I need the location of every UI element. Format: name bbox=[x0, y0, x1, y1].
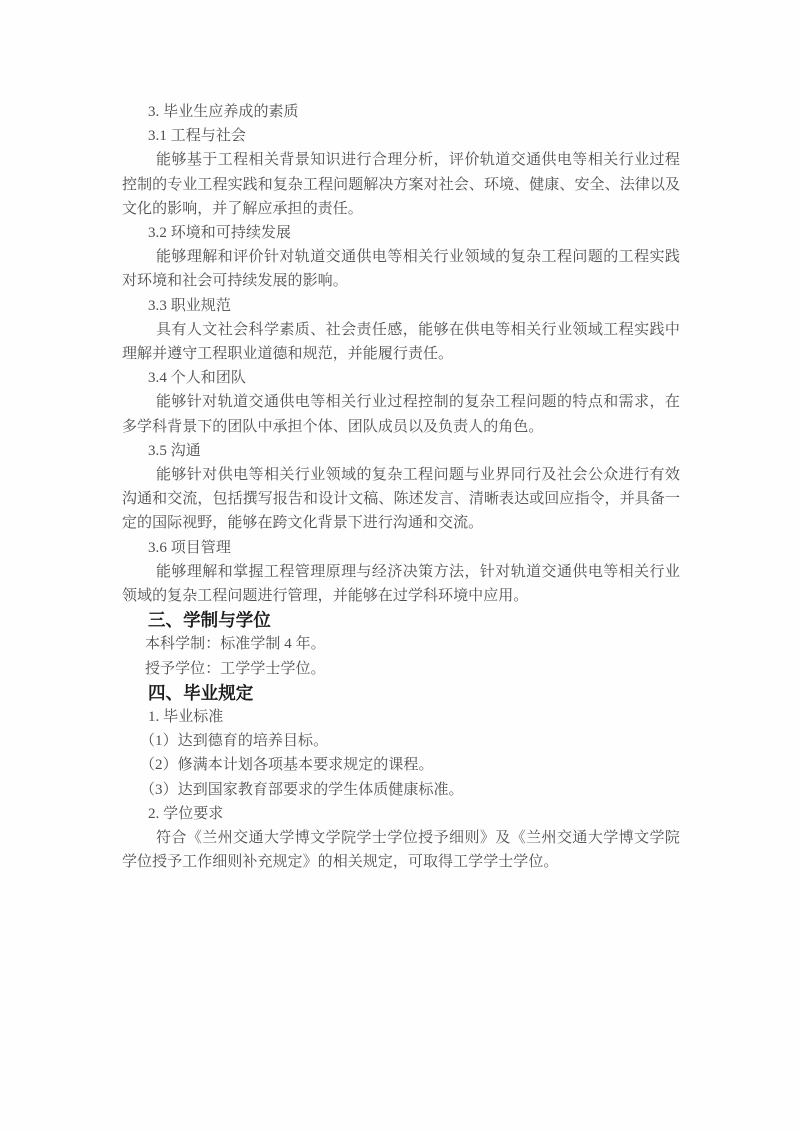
doc-subheading: 3. 毕业生应养成的素质 bbox=[122, 100, 680, 124]
doc-paragraph: 具有人文社会科学素质、社会责任感，能够在供电等相关行业领域工程实践中理解并遵守工… bbox=[122, 318, 680, 366]
doc-paragraph: 能够基于工程相关背景知识进行合理分析，评价轨道交通供电等相关行业过程控制的专业工… bbox=[122, 148, 680, 221]
doc-subheading: 3.5 沟通 bbox=[122, 439, 680, 463]
doc-paragraph: 能够理解和掌握工程管理原理与经济决策方法，针对轨道交通供电等相关行业领域的复杂工… bbox=[122, 560, 680, 608]
doc-subheading: 1. 毕业标准 bbox=[122, 705, 680, 729]
doc-heading: 四、毕业规定 bbox=[122, 681, 680, 705]
document-page: 3. 毕业生应养成的素质3.1 工程与社会能够基于工程相关背景知识进行合理分析，… bbox=[0, 0, 800, 1131]
doc-heading: 三、学制与学位 bbox=[122, 608, 680, 632]
doc-paragraph: 能够针对供电等相关行业领域的复杂工程问题与业界同行及社会公众进行有效沟通和交流，… bbox=[122, 463, 680, 536]
doc-subheading: 3.2 环境和可持续发展 bbox=[122, 221, 680, 245]
doc-label: 本科学制：标准学制 4 年。 bbox=[122, 632, 680, 656]
doc-subheading: 3.3 职业规范 bbox=[122, 294, 680, 318]
doc-paragraph: 能够理解和评价针对轨道交通供电等相关行业领域的复杂工程问题的工程实践对环境和社会… bbox=[122, 245, 680, 293]
doc-subheading: 3.6 项目管理 bbox=[122, 536, 680, 560]
doc-label: 授予学位：工学学士学位。 bbox=[122, 657, 680, 681]
doc-paragraph: 能够针对轨道交通供电等相关行业过程控制的复杂工程问题的特点和需求，在多学科背景下… bbox=[122, 390, 680, 438]
doc-list-item: （3）达到国家教育部要求的学生体质健康标准。 bbox=[122, 778, 680, 802]
doc-list-item: （1）达到德育的培养目标。 bbox=[122, 729, 680, 753]
doc-subheading: 3.4 个人和团队 bbox=[122, 366, 680, 390]
doc-list-item: （2）修满本计划各项基本要求规定的课程。 bbox=[122, 753, 680, 777]
doc-subheading: 2. 学位要求 bbox=[122, 802, 680, 826]
doc-paragraph: 符合《兰州交通大学博文学院学士学位授予细则》及《兰州交通大学博文学院学位授予工作… bbox=[122, 826, 680, 874]
document-content: 3. 毕业生应养成的素质3.1 工程与社会能够基于工程相关背景知识进行合理分析，… bbox=[122, 100, 680, 875]
doc-subheading: 3.1 工程与社会 bbox=[122, 124, 680, 148]
